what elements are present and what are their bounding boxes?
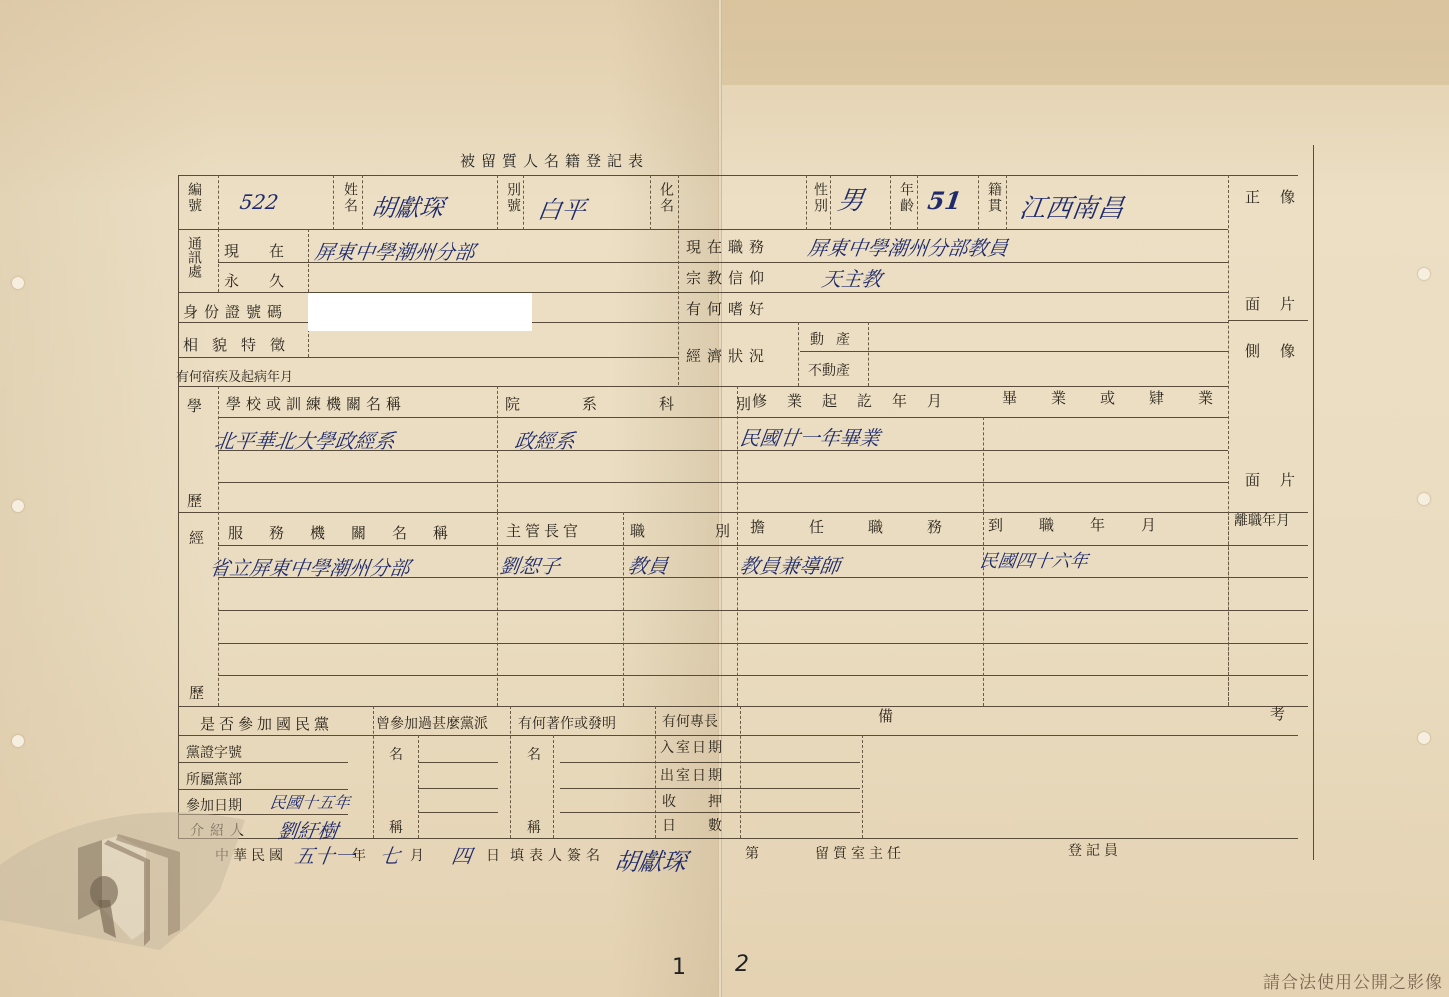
month-label: 月 — [410, 845, 424, 865]
works-name-label: 名 — [527, 744, 541, 764]
emp-header-org: 服務機關名稱 — [228, 522, 474, 543]
appearance-label: 相貌特徵 — [183, 334, 299, 355]
hobby-label: 有何嗜好 — [686, 298, 770, 319]
kmt-header: 是否參加國民黨 — [200, 713, 333, 734]
emp-title-value[interactable]: 教員 — [626, 550, 670, 579]
occupation-value[interactable]: 屏東中學潮州分部教員 — [806, 232, 1010, 261]
page-number-left: 1 — [672, 955, 686, 980]
emp-header-supervisor: 主管長官 — [506, 520, 582, 541]
punch-hole — [12, 277, 24, 289]
illness-label: 有何宿疾及起病年月 — [176, 366, 293, 385]
sex-label: 性別 — [810, 182, 830, 214]
number-label: 第 — [745, 843, 759, 863]
remarks-label-right: 考 — [1270, 703, 1285, 724]
employment-side-label-top: 經 — [189, 527, 204, 548]
other-party-header: 曾參加過甚麼黨派 — [376, 713, 488, 733]
origin-value[interactable]: 江西南昌 — [1017, 188, 1126, 225]
edu-header-school: 學校或訓練機關名稱 — [226, 393, 406, 414]
id-number-redaction — [308, 293, 532, 331]
page-number-right: 2 — [735, 952, 749, 977]
punch-hole — [1418, 268, 1430, 280]
works-name-label-2: 稱 — [527, 817, 541, 837]
front-photo-label-bottom: 面片 — [1245, 293, 1315, 314]
center-fold — [718, 0, 722, 997]
top-page-shading — [720, 0, 1449, 85]
custody-label: 收押 — [662, 791, 754, 811]
movable-property-label: 動產 — [810, 329, 862, 349]
alias-label: 別號 — [503, 182, 523, 214]
party-branch-label: 所屬黨部 — [186, 769, 242, 789]
religion-value[interactable]: 天主教 — [820, 263, 884, 292]
day-label: 日 — [486, 845, 505, 865]
archive-logo-icon — [0, 800, 250, 960]
edu-period-value[interactable]: 民國廿一年畢業 — [738, 422, 882, 451]
name-label: 姓名 — [340, 182, 360, 214]
punch-hole — [12, 500, 24, 512]
emp-header-end: 離職年月 — [1234, 510, 1290, 530]
punch-hole — [1418, 493, 1430, 505]
signer-label: 填表人簽名 — [510, 845, 605, 865]
edu-school-value[interactable]: 北平華北大學政經系 — [213, 425, 397, 454]
party-join-date-value[interactable]: 民國十五年 — [268, 790, 351, 813]
edu-header-graduation: 畢業或肄業 — [1002, 387, 1247, 408]
party-card-label: 黨證字號 — [186, 742, 242, 762]
exit-date-label: 出室日期 — [660, 765, 724, 785]
emp-duty-value[interactable]: 教員兼導師 — [738, 550, 842, 579]
emp-supervisor-value[interactable]: 劉恕子 — [498, 550, 562, 579]
side-photo-label-bottom: 面片 — [1245, 469, 1315, 490]
education-side-label-bottom: 歷 — [187, 490, 202, 511]
immovable-property-label: 不動產 — [808, 360, 850, 380]
current-address-value[interactable]: 屏東中學潮州分部 — [313, 236, 477, 265]
other-party-name-label-2: 稱 — [389, 817, 403, 837]
year-value[interactable]: 五十一 — [293, 840, 357, 869]
day-value[interactable]: 四 — [450, 840, 474, 869]
form-title: 被留質人名籍登記表 — [460, 150, 649, 171]
works-header: 有何著作或發明 — [518, 713, 616, 733]
education-side-label-top: 學 — [187, 395, 202, 416]
emp-org-value[interactable]: 省立屏東中學潮州分部 — [208, 552, 412, 581]
name-value[interactable]: 胡獻琛 — [370, 188, 447, 223]
side-photo-label-top: 側像 — [1245, 340, 1315, 361]
pseudonym-label: 化名 — [656, 182, 676, 214]
origin-label: 籍貫 — [984, 182, 1004, 214]
age-label: 年齡 — [896, 182, 916, 214]
edu-dept-value[interactable]: 政經系 — [513, 425, 577, 454]
emp-header-duty: 擔任職務 — [750, 516, 986, 537]
remarks-label-left: 備 — [878, 705, 893, 726]
sex-value[interactable]: 男 — [835, 180, 866, 217]
signer-signature[interactable]: 胡獻琛 — [613, 842, 690, 877]
month-value[interactable]: 七 — [378, 840, 402, 869]
punch-hole — [1418, 732, 1430, 744]
front-photo-label-top: 正像 — [1245, 186, 1315, 207]
registrar-label: 登記員 — [1068, 840, 1122, 860]
current-address-label: 現在 — [224, 240, 314, 261]
permanent-address-label: 永久 — [224, 270, 314, 291]
usage-watermark: 請合法使用公開之影像 — [1263, 968, 1443, 993]
entry-date-label: 入室日期 — [660, 737, 724, 757]
economic-label: 經濟狀況 — [686, 345, 770, 366]
age-value[interactable]: 51 — [926, 186, 963, 215]
year-label: 年 — [352, 845, 366, 865]
alias-value[interactable]: 白平 — [536, 190, 589, 225]
serial-value[interactable]: 522 — [238, 190, 280, 214]
emp-header-start: 到職年月 — [988, 514, 1192, 535]
edu-header-period: 修業起訖年月 — [752, 390, 962, 411]
emp-start-value[interactable]: 民國四十六年 — [978, 547, 1090, 573]
days-label: 日數 — [662, 815, 754, 835]
contact-group-label: 通訊處 — [184, 236, 204, 278]
id-number-label: 身份證號碼 — [183, 301, 288, 322]
detention-director-label: 留質室主任 — [815, 843, 905, 863]
religion-label: 宗教信仰 — [686, 267, 770, 288]
punch-hole — [12, 735, 24, 747]
employment-side-label-bottom: 歷 — [189, 682, 204, 703]
serial-label: 編號 — [184, 182, 204, 214]
skills-header: 有何專長 — [662, 711, 718, 731]
other-party-name-label: 名 — [389, 744, 403, 764]
occupation-label: 現在職務 — [686, 236, 770, 257]
